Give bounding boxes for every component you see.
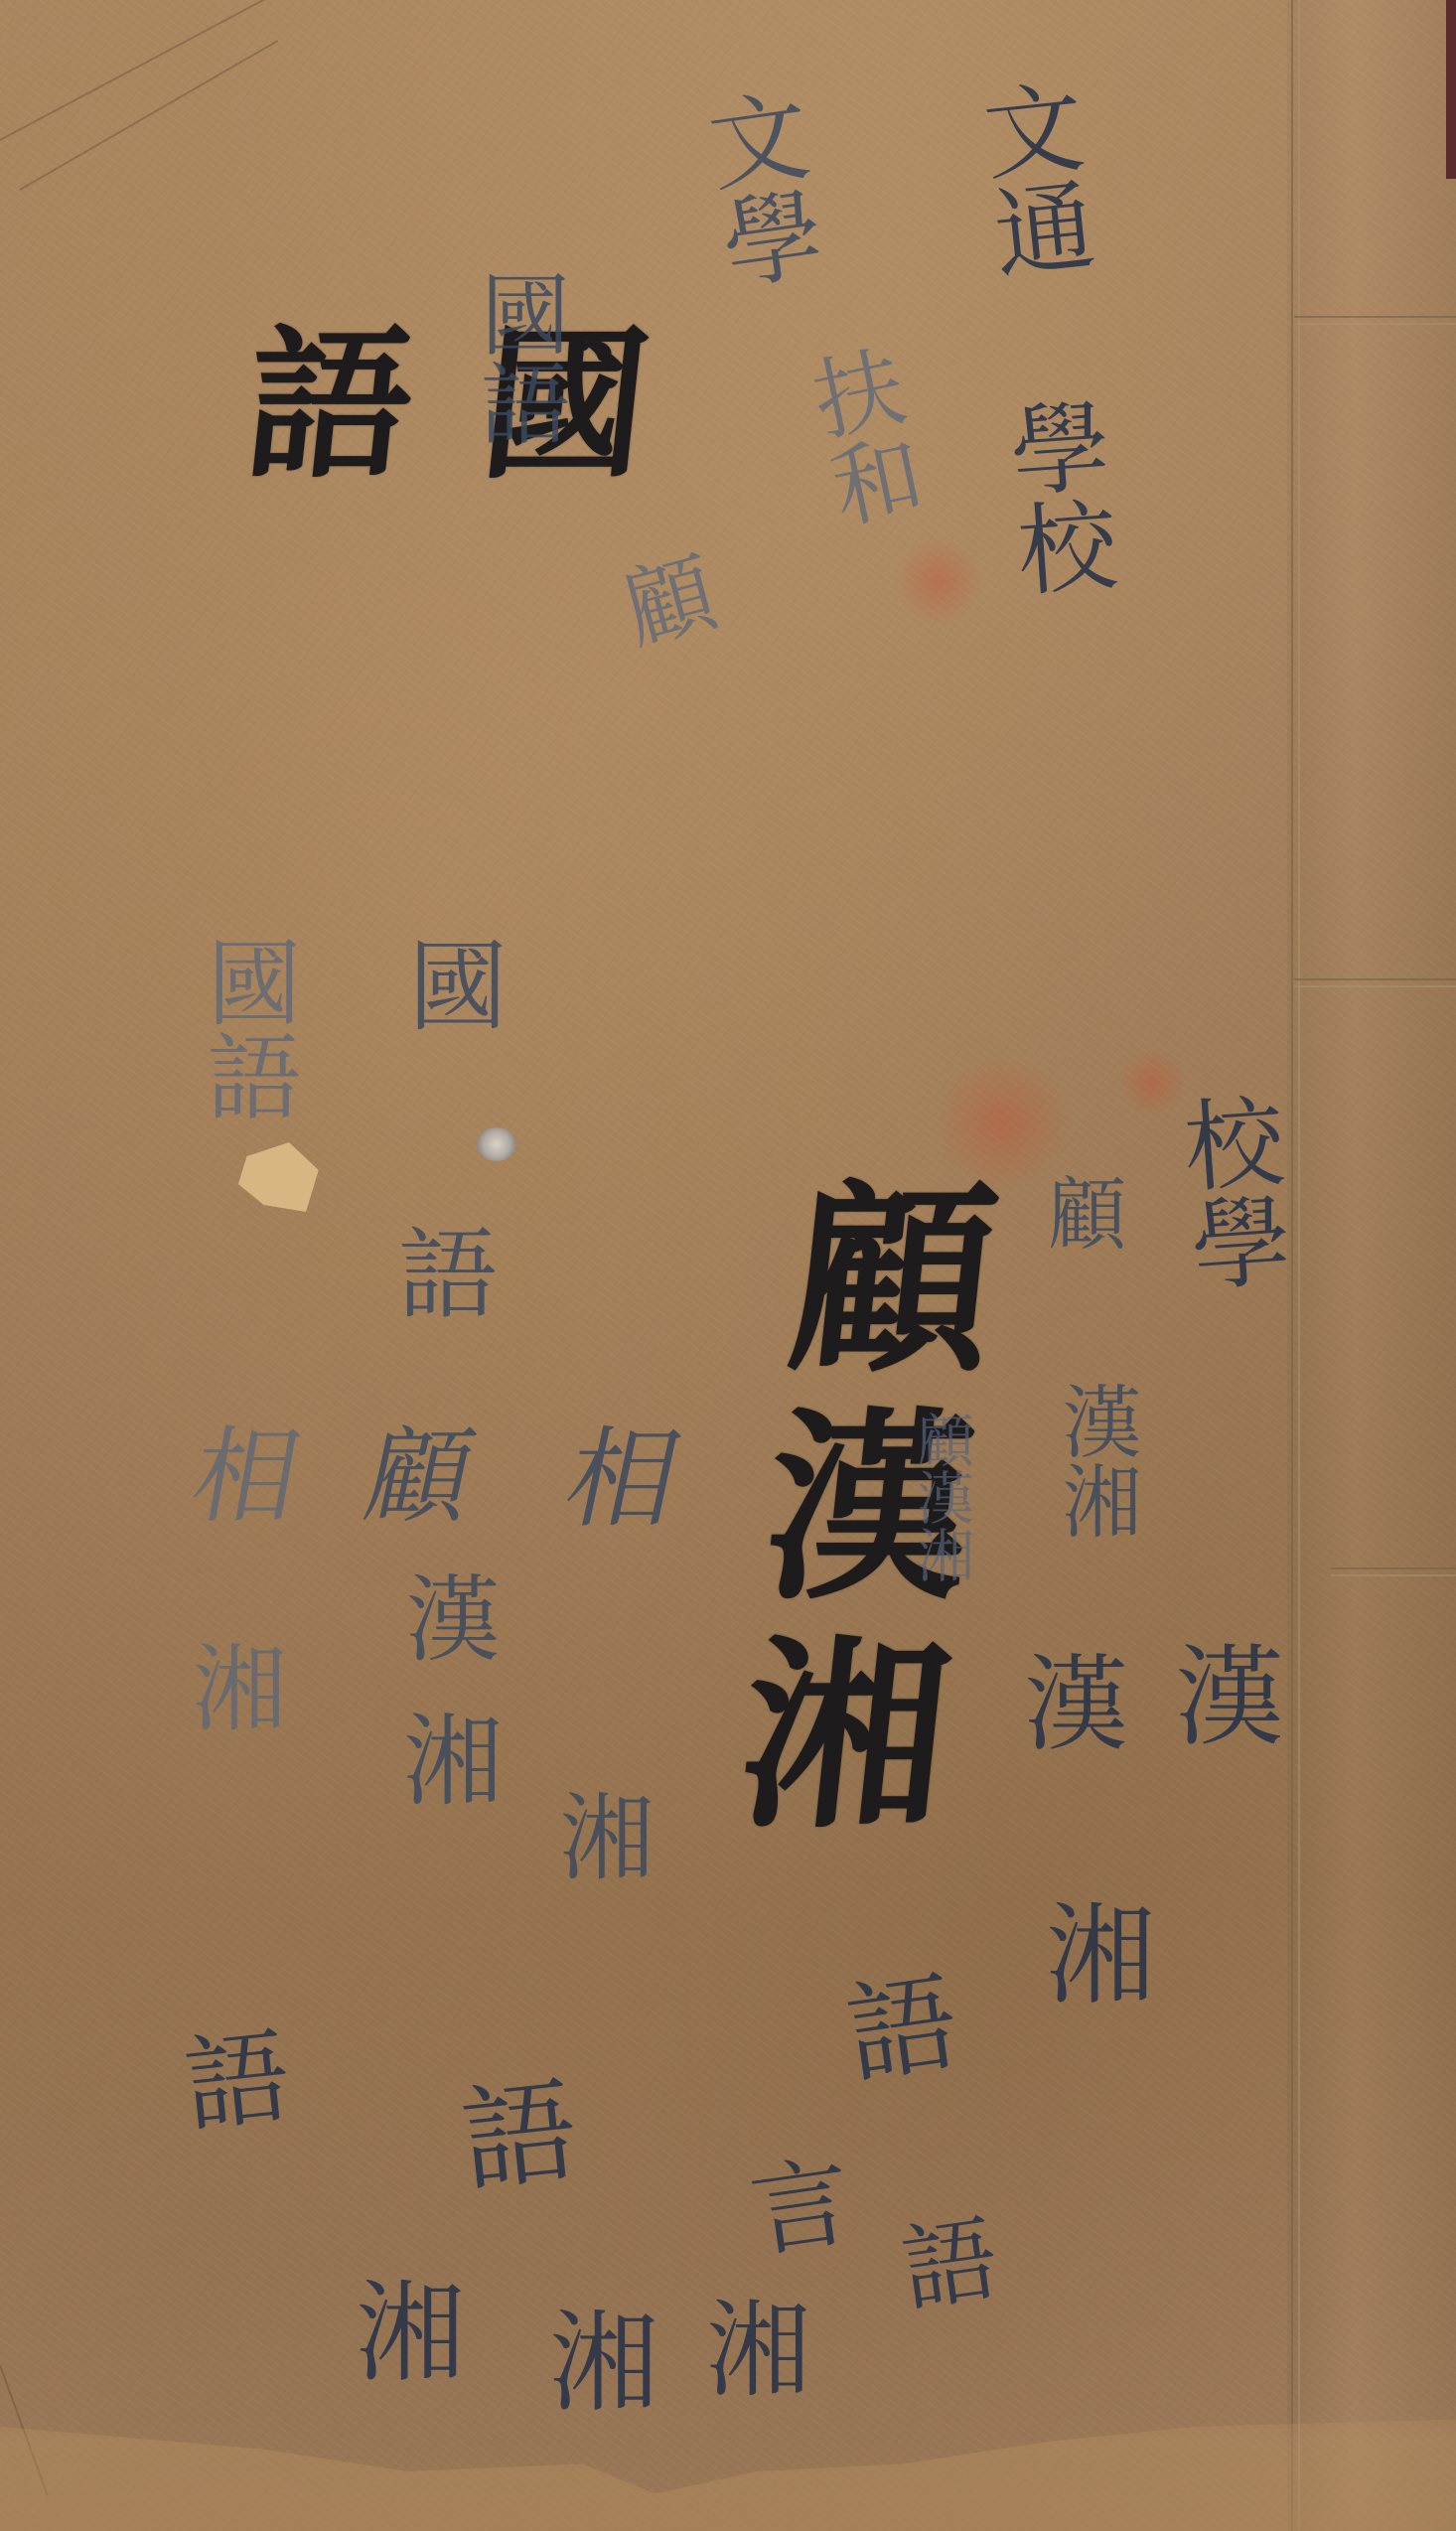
pencil-scribble: 校學 — [1150, 1088, 1307, 1296]
pencil-scribble: 漢 — [993, 1649, 1143, 1753]
paper-hole — [477, 1127, 516, 1161]
binding-thread — [1294, 316, 1456, 325]
pencil-small-name: 顧漢湘 — [899, 1411, 982, 1583]
pencil-scribble: 語 — [421, 2068, 596, 2199]
pencil-practice-title: 國語 — [452, 268, 581, 447]
title-calligraphy: 國語 — [188, 318, 680, 522]
paper-tear-patch — [238, 1142, 323, 1212]
pencil-scribble: 相 — [155, 1420, 324, 1525]
binding-thread — [1294, 978, 1456, 987]
pencil-scribble: 語 — [868, 2206, 1015, 2318]
paper-crease — [20, 40, 279, 191]
pencil-practice-title: 國語 — [179, 934, 314, 1122]
pencil-scribble: 湘 — [1013, 1897, 1170, 2007]
binding-strip — [1287, 0, 1456, 2531]
red-stain — [934, 1053, 1073, 1192]
pencil-scribble: 語 — [367, 1222, 510, 1321]
pencil-scribble: 國 — [377, 934, 520, 1033]
pencil-scribble: 漢 — [1142, 1639, 1299, 1748]
pencil-scribble: 湘 — [164, 1639, 299, 1733]
pencil-scribble: 湘 — [675, 2295, 825, 2399]
pencil-scribble: 語 — [807, 1962, 978, 2092]
pencil-scribble: 顧 — [1023, 1172, 1137, 1252]
pencil-scribble: 言 — [714, 2146, 870, 2264]
pencil-scribble: 湘 — [372, 1709, 515, 1808]
binding-thread — [1331, 1567, 1456, 1576]
pencil-scribble: 顧 — [327, 1420, 499, 1525]
pencil-scribble: 學校 — [976, 392, 1133, 601]
pencil-scribble: 湘 — [323, 2275, 480, 2384]
book-cover: 國語 顧漢湘 文通 學校 文學 扶和 顧 國語 國語 校學 顧 漢湘 漢 漢 湘… — [0, 0, 1456, 2531]
red-stain — [894, 536, 983, 626]
title-char: 語 — [209, 318, 423, 522]
pencil-scribble: 湘 — [516, 2305, 673, 2414]
pencil-scribble: 文通 — [948, 73, 1111, 285]
pencil-scribble: 文學 — [672, 80, 841, 297]
pencil-scribble: 湘 — [531, 1788, 666, 1882]
torn-bottom-edge — [0, 2382, 1456, 2531]
pencil-scribble: 顧 — [587, 541, 735, 662]
pencil-scribble: 相 — [524, 1420, 704, 1530]
pencil-scribble: 語 — [149, 2018, 309, 2138]
paper-crease — [0, 0, 290, 141]
pencil-scribble: 扶和 — [778, 336, 942, 537]
pencil-scribble: 漢 — [377, 1569, 512, 1664]
spine-edge — [1446, 0, 1456, 179]
pencil-scribble: 漢湘 — [1038, 1381, 1152, 1540]
